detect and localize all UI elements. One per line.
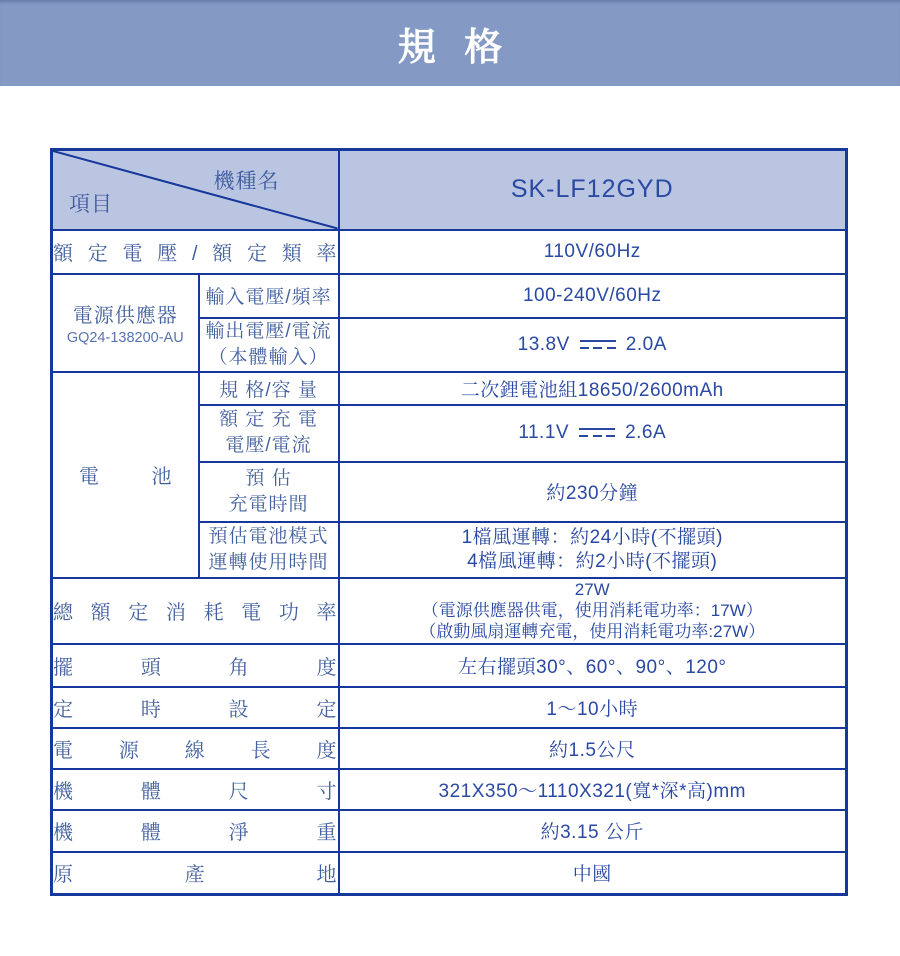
body-dimensions-label: 機 體 尺 寸 [52,769,339,810]
direct-current-icon [580,340,616,349]
battery-group-cell: 電 池 [52,372,199,578]
battery-charge-time-value: 約230分鐘 [339,462,847,522]
rated-voltage-value: 110V/60Hz [339,230,847,274]
header-corner-cell: 機種名 項目 [52,150,339,230]
oscillation-angle-label: 擺 頭 角 度 [52,644,339,687]
battery-charge-time-label: 預 估 充電時間 [199,462,339,522]
page-title: 規 格 [389,16,512,71]
row-cord-length: 電 源 線 長 度 約1.5公尺 [52,728,847,769]
row-country-of-origin: 原 產 地 中國 [52,852,847,895]
country-of-origin-value: 中國 [339,852,847,895]
spec-table: 機種名 項目 SK-LF12GYD 額定電壓/額定類率 110V/60Hz 電源… [50,148,848,896]
row-battery-spec: 電 池 規 格/容 量 二次鋰電池組18650/2600mAh [52,372,847,405]
row-total-power: 總額定消耗電功率 27W （電源供應器供電，使用消耗電功率：17W） （啟動風扇… [52,578,847,644]
net-weight-label: 機 體 淨 重 [52,810,339,852]
battery-group-name: 電 池 [53,460,198,489]
cord-length-label: 電 源 線 長 度 [52,728,339,769]
battery-runtime-label: 預估電池模式 運轉使用時間 [199,522,339,578]
battery-charge-label: 額 定 充 電 電壓/電流 [199,405,339,462]
model-number-cell: SK-LF12GYD [339,150,847,230]
spec-page: 規 格 機種名 項目 SK-LF12GYD 額定電壓/額定類率 110V/60H… [0,0,900,956]
adapter-group-name: 電源供應器 [53,299,198,328]
direct-current-icon [579,428,615,437]
row-net-weight: 機 體 淨 重 約3.15 公斤 [52,810,847,852]
table-header-row: 機種名 項目 SK-LF12GYD [52,150,847,230]
battery-spec-value: 二次鋰電池組18650/2600mAh [339,372,847,405]
total-power-label: 總額定消耗電功率 [52,578,339,644]
row-oscillation-angle: 擺 頭 角 度 左右擺頭30°、60°、90°、120° [52,644,847,687]
total-power-value: 27W （電源供應器供電，使用消耗電功率：17W） （啟動風扇運轉充電，使用消耗… [339,578,847,644]
rated-voltage-label: 額定電壓/額定類率 [52,230,339,274]
adapter-group-cell: 電源供應器 GQ24-138200-AU [52,274,199,372]
row-timer-setting: 定 時 設 定 1～10小時 [52,687,847,728]
adapter-input-value: 100-240V/60Hz [339,274,847,318]
body-dimensions-value: 321X350～1110X321(寬*深*高)mm [339,769,847,810]
header-model-name-label: 機種名 [214,165,280,195]
battery-spec-label: 規 格/容 量 [199,372,339,405]
spec-banner: 規 格 [0,0,900,86]
adapter-model-code: GQ24-138200-AU [53,330,198,346]
adapter-output-value: 13.8V2.0A [339,318,847,372]
timer-setting-label: 定 時 設 定 [52,687,339,728]
battery-charge-value: 11.1V2.6A [339,405,847,462]
country-of-origin-label: 原 產 地 [52,852,339,895]
oscillation-angle-value: 左右擺頭30°、60°、90°、120° [339,644,847,687]
row-body-dimensions: 機 體 尺 寸 321X350～1110X321(寬*深*高)mm [52,769,847,810]
row-rated-voltage: 額定電壓/額定類率 110V/60Hz [52,230,847,274]
adapter-input-label: 輸入電壓/頻率 [199,274,339,318]
header-item-label: 項目 [69,188,113,218]
adapter-output-label: 輸出電壓/電流 （本體輸入） [199,318,339,372]
row-adapter-input: 電源供應器 GQ24-138200-AU 輸入電壓/頻率 100-240V/60… [52,274,847,318]
timer-setting-value: 1～10小時 [339,687,847,728]
net-weight-value: 約3.15 公斤 [339,810,847,852]
battery-runtime-value: 1檔風運轉：約24小時(不擺頭) 4檔風運轉：約2小時(不擺頭) [339,522,847,578]
cord-length-value: 約1.5公尺 [339,728,847,769]
